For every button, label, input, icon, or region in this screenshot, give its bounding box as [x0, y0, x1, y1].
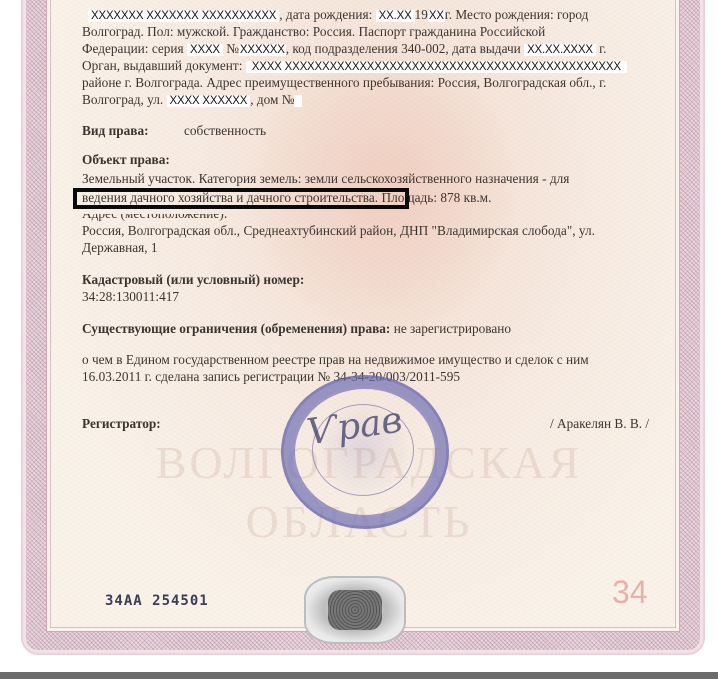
birth-year-redacted: XX: [428, 10, 445, 22]
cadastral-number: 34:28:130011:417: [82, 288, 179, 305]
passport-number-redacted: XXXXXX: [239, 44, 286, 56]
official-seal-stamp-icon: Ѵрав: [281, 375, 449, 529]
object-line-1: Земельный участок. Категория земель: зем…: [82, 170, 569, 187]
hologram-core-icon: [328, 590, 382, 630]
address-line-2: Державная, 1: [82, 239, 158, 256]
highlight-annotation-box: [73, 188, 409, 209]
region-code: 34: [612, 574, 648, 611]
registry-line-1: о чем в Едином государственном реестре п…: [82, 351, 589, 368]
house-number-redacted: [294, 95, 302, 107]
owner-line-2: Волгоград. Пол: мужской. Гражданство: Ро…: [82, 23, 545, 40]
encumbrances: Существующие ограничения (обременения) п…: [82, 320, 511, 337]
window-bottom-edge: [0, 672, 718, 679]
encumbrances-value: не зарегистрировано: [394, 321, 511, 336]
registrar-label: Регистратор:: [82, 415, 161, 432]
issue-date-redacted: XX.XX.XXXX: [524, 44, 596, 56]
birth-date-redacted: XX.XX: [376, 10, 415, 22]
cadastral-label: Кадастровый (или условный) номер:: [82, 271, 304, 288]
certificate-page: ВОЛГОГРАДСКАЯ ОБЛАСТЬ XXXXXXX XXXXXXX XX…: [0, 0, 718, 672]
encumbrances-label: Существующие ограничения (обременения) п…: [82, 321, 390, 336]
right-type-label: Вид права:: [82, 122, 149, 139]
object-label: Объект права:: [82, 151, 170, 168]
right-type-value: собственность: [184, 122, 266, 139]
owner-line-6: Волгоград, ул. XXXX XXXXXX, дом №: [82, 91, 302, 110]
serial-number: 34АА 254501: [105, 593, 209, 609]
address-line-1: Россия, Волгоградская обл., Среднеахтуби…: [82, 222, 595, 239]
hologram-icon: [304, 576, 406, 644]
passport-series-redacted: XXXX: [187, 44, 223, 56]
owner-line-5: районе г. Волгограда. Адрес преимуществе…: [82, 74, 606, 91]
registrar-name: / Аракелян В. В. /: [550, 415, 649, 432]
registry-line-2: 16.03.2011 г. сделана запись регистрации…: [82, 368, 460, 385]
street-redacted: XXXX XXXXXX: [167, 95, 251, 107]
owner-name-redacted: XXXXXXX XXXXXXX XXXXXXXXXX: [88, 10, 279, 22]
issuer-redacted: XXXX XXXXXXXXXXXXXXXXXXXXXXXXXXXXXXXXXXX…: [246, 61, 627, 73]
